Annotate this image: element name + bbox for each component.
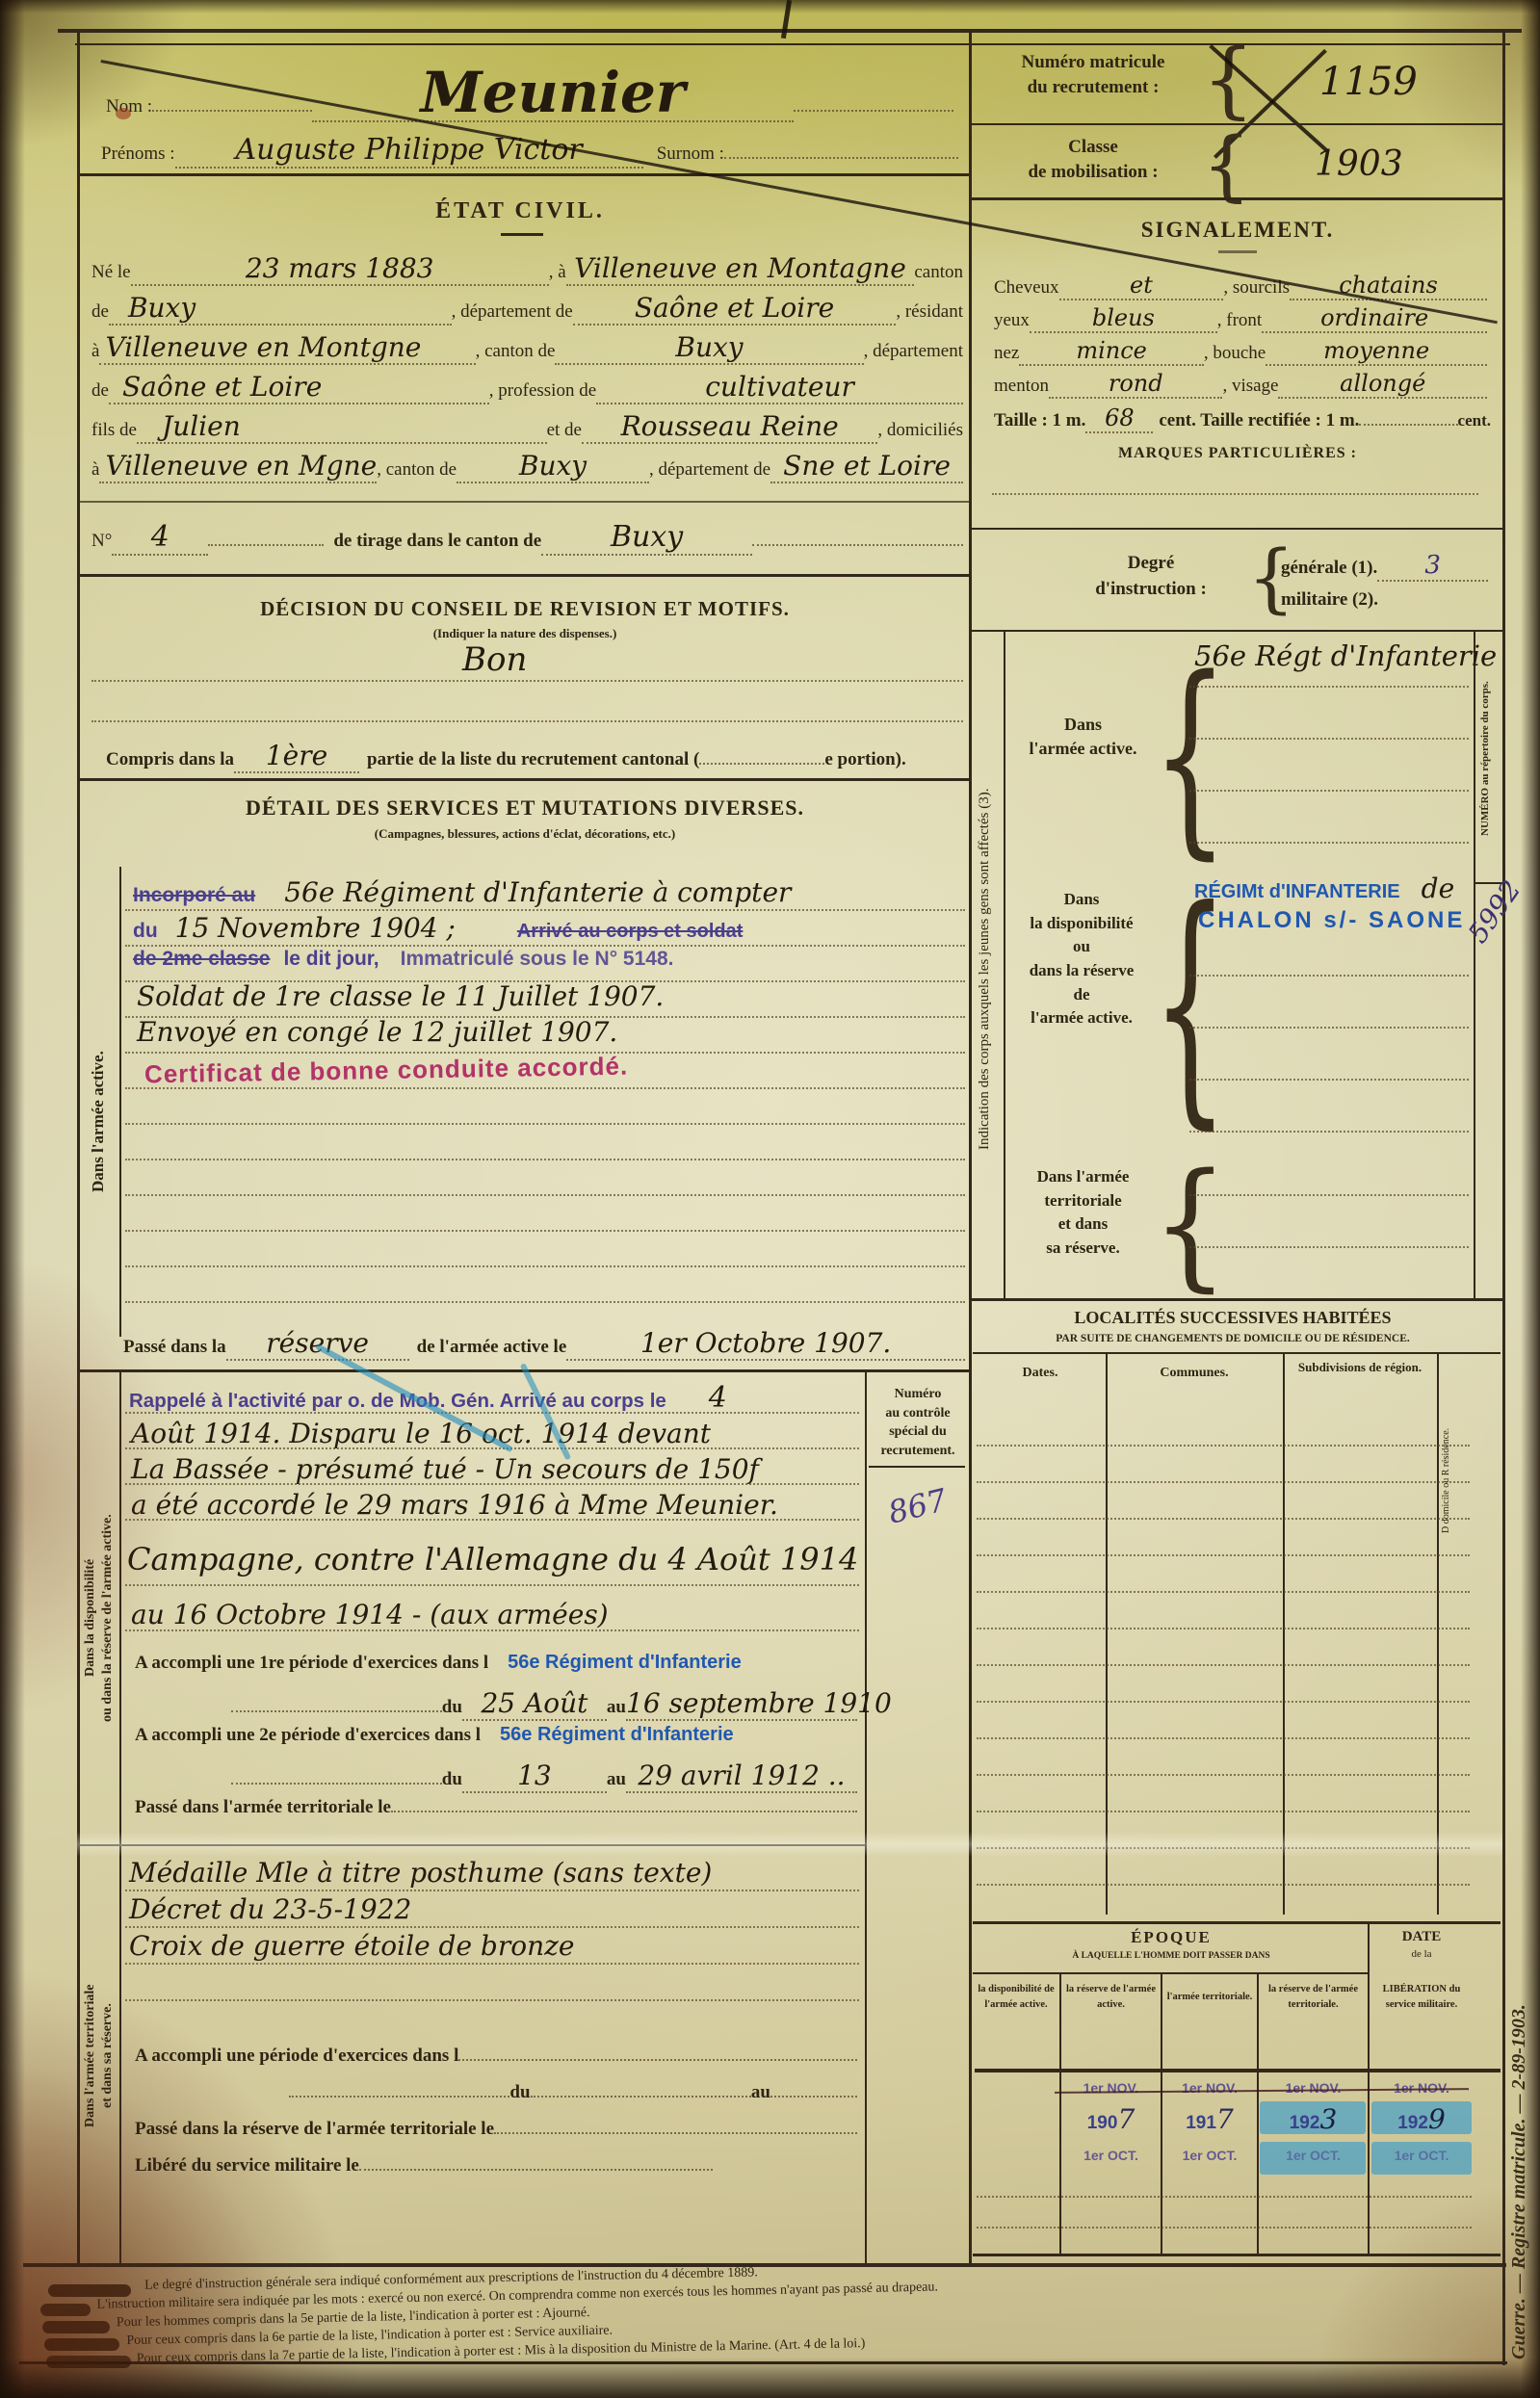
surnom-blank [724,157,958,159]
terr-strip-label-1: Dans l'armée territoriale [83,1878,98,2234]
matricule-label: Numéro matriculedu recrutement : [992,50,1194,99]
localites-col-communes: Communes. [1108,1366,1281,1381]
corps-rule [1189,686,1469,688]
loc-rule [977,1628,1470,1629]
epoque-thick-rule [975,2069,1501,2072]
departement-value: Saône et Loire [573,292,897,326]
top-pen-mark [781,0,792,39]
matricule-value: 1159 [1319,60,1418,104]
passe-territoriale-label: Passé dans l'armée territoriale le [135,1797,391,1818]
disparu-line-2: La Bassée - présumé tué - Un secours de … [131,1453,759,1485]
epoque-date-divider [1368,1921,1370,2254]
numero-tirage-label: N° [91,531,112,552]
compris-label2: partie de la liste du recrutement canton… [359,749,699,770]
active-strip-divider [119,867,121,1337]
a-label: , à [549,262,566,283]
terr-rule [125,1890,859,1891]
svc-rule [125,1301,965,1303]
epoque-title: ÉPOQUE [975,1928,1368,1947]
terr-rule [125,1999,859,2001]
passe-reserve-date: 1er Octobre 1907. [566,1327,965,1361]
residence-value: Villeneuve en Montgne [99,331,475,365]
stain-fold-crease [77,1832,1502,1857]
campagne-line-1: Campagne, contre l'Allemagne du 4 Août 1… [127,1541,858,1577]
epoque-col5-header: LIBÉRATION du service militaire. [1371,1982,1472,2013]
canton-value: Buxy [109,292,452,326]
menton-value: rond [1049,370,1222,399]
oct-stamp-col5: 1er OCT. [1371,2148,1472,2163]
corps-active-brace: { [1152,651,1229,862]
prenoms-label: Prénoms : [101,143,175,165]
incorpore-stamp: Incorporé au [133,884,255,906]
numero-tirage-value: 4 [112,520,208,556]
svc-rule [125,909,965,911]
visage-value: allongé [1278,370,1487,399]
corps-active-label: Dansl'armée active. [1013,713,1153,761]
border-left [77,31,80,2267]
nom-blank2 [794,110,953,112]
loc-rule [977,1701,1470,1703]
localites-div-2 [1283,1352,1285,1915]
oct-stamp-col4: 1er OCT. [1261,2148,1366,2163]
cheveux-value: et [1059,272,1224,300]
active-strip-label: Dans l'armée active. [89,963,108,1281]
localites-col-dates: Dates. [977,1366,1104,1381]
decision-subtitle: (Indiquer la nature des dispenses.) [116,626,934,641]
header-left-bottom [77,173,971,176]
epoque-col2-header: la réserve de l'armée active. [1063,1982,1159,2013]
periode1-dates-row: du 25 Août au 16 septembre 1910 [231,1687,857,1721]
terr-au-label: au [751,2082,770,2103]
loc-rule [977,1518,1470,1520]
a-label2: à [91,341,99,362]
loc-rule [977,1737,1470,1739]
residant-label: , résidant [896,301,963,323]
taille-rect-blank [1359,424,1457,426]
p1-du-label: du [442,1697,462,1718]
decision-value: Bon [462,640,527,679]
taille-row: Taille : 1 m. 68 cent. Taille rectifiée … [994,404,1491,433]
de-label2: de [91,380,109,402]
year-col3-stamp: 191 [1186,2113,1216,2133]
epoque-col-div-3 [1257,1972,1259,2254]
year-col4: 1923 [1261,2103,1366,2135]
departement-de-label: , département de [649,459,770,481]
epoque-date-label: DATEde la [1370,1928,1474,1961]
portion-blank [699,763,824,765]
decision-line2 [91,720,963,722]
corps-left-strip-label: Indication des corps auxquels les jeunes… [977,647,993,1290]
marques-blank-line [992,493,1478,495]
p2-au-label: au [607,1769,626,1790]
ec-line1: Né le 23 mars 1883 , à Villeneuve en Mon… [91,252,963,286]
classe-brace: { [1202,127,1251,204]
classe-label: Classede mobilisation : [992,135,1194,184]
terr-rule [125,1926,859,1928]
corps-rule [1189,1246,1469,1248]
decision-top-rule [79,574,969,577]
periode2-label: A accompli une 2e période d'exercices da… [135,1725,481,1745]
localites-header-top [973,1352,1501,1354]
periode1-row: A accompli une 1re période d'exercices d… [135,1652,742,1674]
nov-stamp-col4: 1er NOV. [1261,2080,1366,2096]
border-top-inner [75,43,1510,45]
footnote-marker-blob-3 [42,2321,110,2333]
regiment-de-hand: de [1404,873,1455,904]
border-right [1502,31,1505,2365]
compris-partie-value: 1ère [234,740,359,773]
signalement-dash [1218,250,1257,253]
passe-reserve-terr-label: Passé dans la réserve de l'armée territo… [135,2119,494,2140]
periode2-regiment-stamp: 56e Régiment d'Infanterie [484,1724,734,1745]
yeux-value: bleus [1030,304,1217,333]
p1-du-value: 25 Août [462,1687,607,1721]
epoque-col-div-1 [1059,1972,1061,2254]
canton-de-label2: , canton de [377,459,457,481]
instruction-generale-value: 3 [1377,551,1488,582]
dispo-rule [125,1584,859,1586]
domicilies-label: , domiciliés [877,420,963,441]
year-col3-hand: 7 [1216,2103,1234,2135]
corps-rule [1189,1079,1469,1081]
epoque-rule [977,2227,1472,2229]
terr-du-label: du [509,2082,530,2103]
registre-matricule-scan: Nom : Meunier Prénoms : Auguste Philippe… [0,0,1540,2398]
localites-div-3 [1437,1352,1439,1915]
divider-columns [969,31,972,2267]
passe-territoriale-row: Passé dans l'armée territoriale le [135,1797,857,1818]
canton-label: canton [914,262,963,283]
loc-rule [977,1445,1470,1447]
ec-line2: de Buxy , département de Saône et Loire … [91,292,963,326]
terr-periode-blank [458,2059,857,2061]
sig-row2: yeux bleus , front ordinaire [994,304,1487,333]
departement-value3: Sne et Loire [770,450,963,483]
svc-entry-5: Envoyé en congé le 12 juillet 1907. [137,1016,617,1048]
services-subtitle: (Campagnes, blessures, actions d'éclat, … [116,826,934,842]
epoque-top-rule [973,1921,1501,1924]
du-stamp: du [133,920,158,942]
ec-separator [79,501,969,503]
svc-entry-3: de 2me classe le dit jour, Immatriculé s… [133,948,673,971]
periode2-row: A accompli une 2e période d'exercices da… [135,1724,734,1746]
etat-civil-title: ÉTAT CIVIL. [289,198,751,224]
dispo-strip-label-2: ou dans la réserve de l'armée active. [100,1416,116,1820]
controle-underline [869,1466,965,1468]
tirage-blank2 [752,544,963,546]
passe-label: Passé dans la [123,1337,226,1358]
p1-au-label: au [607,1697,626,1718]
compris-label3: e portion). [824,749,905,770]
loc-rule [977,1811,1470,1812]
bouche-value: moyenne [1266,337,1487,366]
corps-terr-brace: { [1152,1156,1229,1294]
rappele-row: Rappelé à l'activité par o. de Mob. Gén.… [129,1381,727,1415]
bonne-conduite-stamp: Certificat de bonne conduite accordé. [144,1052,629,1090]
passe-reserve-row: Passé dans la réserve de l'armée active … [123,1327,965,1361]
year-col4-hand: 3 [1319,2103,1337,2135]
birth-date-value: 23 mars 1883 [131,252,549,286]
terr-du-blank0 [289,2096,509,2098]
corps-active-value: 56e Régt d'Infanterie [1194,639,1497,672]
taille-value: 68 [1085,404,1153,433]
dit-jour-stamp: le dit jour, [274,948,378,970]
disparu-line-1: Août 1914. Disparu le 16 oct. 1914 devan… [131,1418,711,1449]
controle-label: Numéroau contrôlespécial durecrutement. [869,1385,967,1460]
cent-label: cent. [1458,411,1491,430]
p1-au-value: 16 septembre 1910 [626,1687,857,1721]
signalement-title: SIGNALEMENT. [992,218,1483,243]
terr-rule [125,1963,859,1965]
localites-col-residence: D domicile ou R résidence. [1441,1360,1451,1533]
oct-stamp-col2: 1er OCT. [1063,2148,1159,2163]
profession-value: cultivateur [596,371,963,404]
terr-au-blank [770,2096,857,2098]
mother-value: Rousseau Reine [582,410,877,444]
header-right-bottom [971,197,1502,200]
localites-subtitle: PAR SUITE DE CHANGEMENTS DE DOMICILE OU … [982,1333,1483,1344]
corps-left-strip-divider [1004,632,1005,1298]
corps-terr-label: Dans l'arméeterritorialeet danssa réserv… [1013,1165,1153,1261]
loc-rule [977,1884,1470,1886]
svc-entry-2: du 15 Novembre 1904 ; Arrivé au corps et… [133,912,743,944]
taille-rectifiee-label: cent. Taille rectifiée : 1 m. [1153,410,1359,431]
birth-place-value: Villeneuve en Montagne [566,252,915,286]
sig-row4: menton rond , visage allongé [994,370,1487,399]
et-de-label: et de [547,420,582,441]
corps-top-rule [971,630,1502,632]
margin-imprint: Guerre. — Registre matricule. — 2-89-190… [1508,1791,1530,2359]
ne-le-label: Né le [91,262,131,283]
sig-row3: nez mince , bouche moyenne [994,337,1487,366]
armee-active-label: de l'armée active le [409,1337,567,1358]
corps-rule [1189,1194,1469,1196]
epoque-rule [977,2196,1472,2198]
year-col2-stamp: 190 [1087,2113,1118,2133]
periode1-regiment-stamp: 56e Régiment d'Infanterie [492,1652,742,1673]
terr-du-blank [531,2096,751,2098]
p2-du-label: du [442,1769,462,1790]
canton-value2: Buxy [555,331,863,365]
chalon-stamp: CHALON s/- SAONE [1198,907,1465,934]
campagne-line-2: au 16 Octobre 1914 - (aux armées) [131,1599,609,1630]
loc-rule [977,1554,1470,1556]
rappele-stamp: Rappelé à l'activité par o. de Mob. Gén.… [129,1390,666,1412]
year-col2-hand: 7 [1117,2103,1135,2135]
etat-civil-dash [501,233,543,236]
year-col5-stamp: 192 [1397,2113,1428,2133]
dispo-strip-label-1: Dans la disponibilité [83,1416,98,1820]
domicile-value: Villeneuve en Mgne [99,450,377,483]
ec-line4: de Saône et Loire , profession de cultiv… [91,371,963,404]
tirage-canton-value: Buxy [541,520,752,556]
loc-rule [977,1481,1470,1483]
footnote-marker-blob-2 [40,2304,91,2316]
disparu-line-3: a été accordé le 29 mars 1916 à Mme Meun… [131,1489,778,1521]
surnom-label: Surnom : [643,143,724,165]
year-col5: 1929 [1371,2103,1472,2135]
de-label: de [91,301,109,323]
terr-strip-divider [119,1846,121,2266]
tirage-canton-label: de tirage dans le canton de [324,531,541,552]
svc-rule [125,945,965,947]
instruction-generale-label: générale (1). [1281,558,1377,579]
ec-line3: à Villeneuve en Montgne , canton de Buxy… [91,331,963,365]
footnote-marker-blob-5 [46,2356,131,2368]
svc-entry-1: Incorporé au 56e Régiment d'Infanterie à… [133,876,791,908]
footnote-marker-blob-4 [44,2338,119,2351]
croix-guerre-line: Croix de guerre étoile de bronze [129,1930,574,1962]
immatricule-stamp: Immatriculé sous le N° 5148. [383,948,674,970]
p2-du-value: 13 [462,1759,607,1793]
instruction-generale-row: générale (1). 3 [1281,551,1488,582]
epoque-col-div-2 [1161,1972,1162,2254]
svc-rule [125,1265,965,1267]
regiment-infanterie-stamp: RÉGIMt d'INFANTERIE [1194,881,1400,902]
detail-top-rule [79,778,969,781]
corps-rule [1189,975,1469,977]
svc-rule [125,1194,965,1196]
nez-label: nez [994,343,1019,364]
footnote-marker-blob-1 [48,2284,131,2297]
controle-value: 867 [884,1481,950,1531]
father-value: Julien [137,410,547,444]
epoque-col3-header: l'armée territoriale. [1164,1990,1255,2005]
services-title: DÉTAIL DES SERVICES ET MUTATIONS DIVERSE… [116,795,934,821]
libere-label: Libéré du service militaire le [135,2155,359,2176]
localites-div-1 [1106,1352,1108,1915]
corps-rule [1189,1131,1469,1133]
decision-title: DÉCISION DU CONSEIL DE REVISION ET MOTIF… [116,597,934,621]
epoque-col4-header: la réserve de l'armée territoriale. [1261,1982,1366,2013]
profession-label: , profession de [489,380,596,402]
classe-value: 1903 [1315,144,1403,184]
departement-label: , département de [452,301,573,323]
bouche-label: , bouche [1204,343,1266,364]
svc-rule [125,1123,965,1125]
oct-stamp-col3: 1er OCT. [1164,2148,1255,2163]
decision-line1 [91,680,963,682]
passe-territoriale-blank [391,1811,857,1812]
dispo-strip-divider [119,1372,121,1844]
passe-reserve-terr-row: Passé dans la réserve de l'armée territo… [135,2119,857,2140]
passe-reserve-terr-blank [494,2132,857,2134]
tirage-row: N° 4 de tirage dans le canton de Buxy [91,520,963,556]
classe2-stamp: de 2me classe [133,948,270,970]
prenoms-row: Prénoms : Auguste Philippe Victor Surnom… [101,133,958,169]
rappele-day-value: 4 [670,1381,727,1415]
localites-title: LOCALITÉS SUCCESSIVES HABITÉES [982,1308,1483,1328]
controle-divider [865,1372,867,2266]
svc-rule [125,1159,965,1160]
terr-du-au-row: du au [289,2082,857,2103]
marques-label: MARQUES PARTICULIÈRES : [992,445,1483,462]
yeux-label: yeux [994,310,1030,331]
front-value: ordinaire [1262,304,1487,333]
svc-rule [125,1230,965,1232]
libere-row: Libéré du service militaire le [135,2155,713,2176]
p1-blank [231,1710,442,1712]
loc-rule [977,1774,1470,1776]
localites-col-subdivisions: Subdivisions de région. [1285,1360,1435,1376]
corps-dispo-label: Dansla disponibilitéou dans la réservede… [1009,888,1154,1030]
departement-value2: Saône et Loire [109,371,489,404]
periode1-label: A accompli une 1re période d'exercices d… [135,1653,488,1673]
year-col5-hand: 9 [1428,2103,1446,2135]
corps-right-strip-label: NUMÉRO au répertoire du corps. [1479,643,1491,874]
epoque-header-sep [973,1972,1368,1974]
menton-label: menton [994,376,1049,397]
visage-label: , visage [1222,376,1278,397]
arrive-corps-stamp: Arrivé au corps et soldat [459,921,744,942]
nov-stamp-col3: 1er NOV. [1164,2080,1255,2096]
medaille-line: Médaille Mle à titre posthume (sans text… [129,1857,712,1889]
stain-brown-blotch [116,108,131,119]
regiment-entry: 56e Régiment d'Infanterie à compter [259,876,791,908]
epoque-subtitle: À LAQUELLE L'HOMME DOIT PASSER DANS [975,1951,1368,1961]
terr-periode-label: A accompli une période d'exercices dans … [135,2046,458,2067]
periode2-dates-row: du 13 au 29 avril 1912 .. [231,1759,857,1793]
corps-rule [1189,738,1469,740]
fils-de-label: fils de [91,420,137,441]
sourcils-value: chatains [1290,272,1487,300]
p2-au-value: 29 avril 1912 .. [626,1759,857,1793]
repertoire-number: 5992 [1462,874,1527,949]
year-col4-stamp: 192 [1290,2113,1320,2133]
loc-rule [977,1664,1470,1666]
decret-line: Décret du 23-5-1922 [129,1893,411,1925]
nom-blank [152,110,312,112]
corps-dispo-stamp-row: RÉGIMt d'INFANTERIE de [1194,873,1454,904]
cheveux-label: Cheveux [994,277,1059,299]
date-incorporation: 15 Novembre 1904 ; [162,912,456,944]
year-col3: 1917 [1164,2103,1255,2135]
name-row: Nom : Meunier [106,62,953,122]
canton-de-label: , canton de [476,341,556,362]
epoque-col1-header: la disponibilité de l'armée active. [975,1982,1057,2013]
tirage-blank [208,544,324,546]
corps-rule [1189,1027,1469,1029]
terr-strip-label-2: et dans sa réserve. [100,1878,116,2234]
border-top [58,29,1522,33]
compris-row: Compris dans la 1ère partie de la liste … [106,740,953,773]
p2-blank [231,1783,442,1785]
svc-entry-4: Soldat de 1re classe le 11 Juillet 1907. [137,980,664,1012]
ec-line5: fils de Julien et de Rousseau Reine , do… [91,410,963,444]
year-col2: 1907 [1063,2103,1159,2135]
instruction-militaire-label: militaire (2). [1281,589,1378,611]
departement-label2: , département [864,341,963,362]
a-label3: à [91,459,99,481]
instruction-label: Degréd'instruction : [1059,551,1242,602]
taille-label: Taille : 1 m. [994,410,1085,431]
corps-right-strip-divider [1474,632,1475,1298]
instruction-top-rule [971,528,1502,530]
ec-line6: à Villeneuve en Mgne , canton de Buxy , … [91,450,963,483]
terr-periode-row: A accompli une période d'exercices dans … [135,2046,857,2067]
front-label: , front [1217,310,1262,331]
libere-blank [359,2169,713,2171]
canton-value3: Buxy [457,450,649,483]
corps-rule [1189,790,1469,792]
loc-rule [977,1591,1470,1593]
nez-value: mince [1019,337,1203,366]
localites-top-rule [971,1298,1502,1301]
compris-label: Compris dans la [106,749,234,770]
corps-rule [1189,842,1469,844]
